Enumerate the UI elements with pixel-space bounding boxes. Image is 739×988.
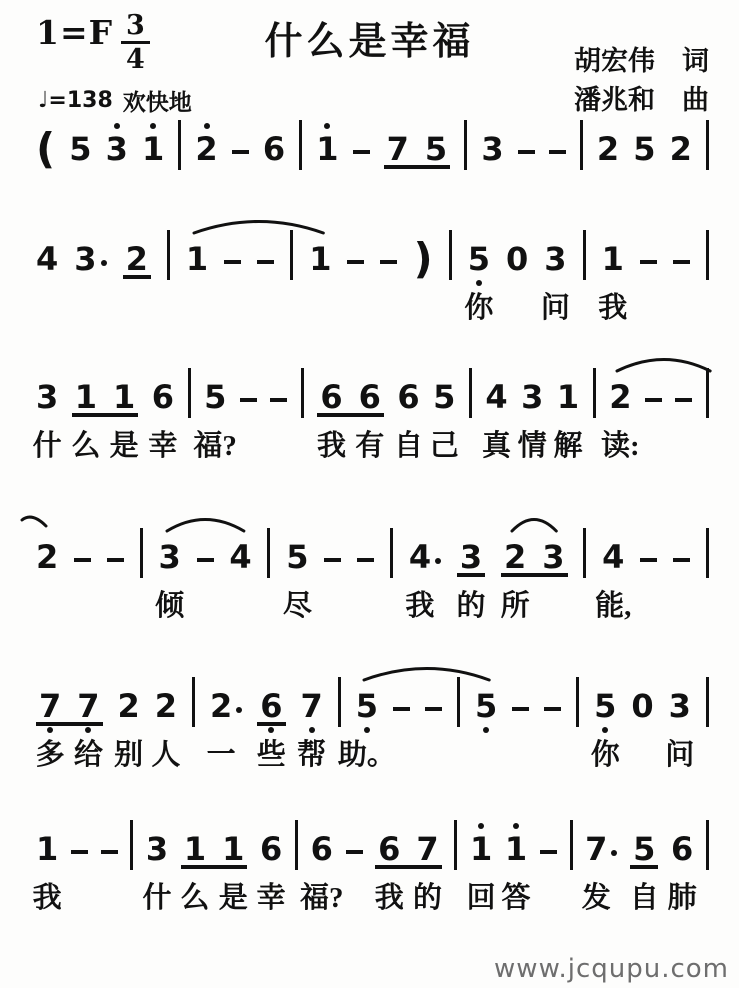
duration-dash (640, 260, 657, 264)
lyric-syllable: 帮 (297, 738, 326, 773)
note: 3 (159, 541, 181, 573)
note: 5 (69, 133, 91, 165)
duration-dash (544, 707, 561, 711)
duration-dash (549, 150, 566, 154)
notation-line: 43211)5031你问我 (36, 219, 709, 329)
duration-dash (324, 558, 341, 562)
note: 3 (146, 833, 168, 865)
barline (338, 677, 341, 727)
note: 4 (602, 541, 624, 573)
duration-dash (270, 398, 287, 402)
note: 1 (602, 243, 624, 275)
barline (192, 677, 195, 727)
lyric-syllable: 自 (630, 881, 659, 916)
octave-up-dot (513, 823, 519, 829)
barline (706, 230, 709, 280)
note: 3 (669, 690, 691, 722)
augmentation-dot (611, 850, 617, 856)
note: 7 (387, 133, 409, 165)
note: 1 (470, 833, 492, 865)
beam-group: 66 (317, 381, 384, 417)
note: 3 (544, 243, 566, 275)
note: 3 (521, 381, 543, 413)
lyrics-row: 我什么是幸福?我的回答发自肺 (36, 881, 709, 919)
octave-down-dot (483, 727, 489, 733)
beam-group: 3 (457, 541, 485, 577)
barline (580, 120, 583, 170)
notation-line: 1311666711756我什么是幸福?我的回答发自肺 (36, 809, 709, 919)
lyric-syllable: 问 (665, 738, 694, 773)
duration-dash (673, 558, 690, 562)
barline (454, 820, 457, 870)
note: 3 (106, 133, 128, 165)
note: 1 (75, 381, 97, 413)
lyricist-credit: 胡宏伟 词 (574, 42, 709, 81)
notes-row: (531261753252 (36, 109, 709, 165)
octave-up-dot (150, 123, 156, 129)
beam-group: 11 (72, 381, 139, 417)
lyric-syllable: 什 (143, 881, 172, 916)
duration-dash (518, 150, 535, 154)
barline (570, 820, 573, 870)
octave-up-dot (324, 123, 330, 129)
note: 5 (468, 243, 490, 275)
barline (583, 230, 586, 280)
barline (469, 368, 472, 418)
lyric-syllable: 倾 (155, 589, 184, 624)
note: 2 (504, 541, 526, 573)
parenthesis: ( (36, 128, 55, 170)
barline (178, 120, 181, 170)
lyric-syllable: 什 (33, 429, 62, 464)
beam-group: 5 (630, 833, 658, 869)
note: 5 (475, 690, 497, 722)
note: 2 (155, 690, 177, 722)
note: 7 (301, 690, 323, 722)
note: 6 (320, 381, 342, 413)
lyrics-row: 什么是幸福?我有自己真情解读: (36, 429, 709, 467)
barline (188, 368, 191, 418)
barline (706, 528, 709, 578)
lyric-syllable: 真 (482, 429, 511, 464)
lyric-syllable: 所 (501, 589, 530, 624)
note: 3 (481, 133, 503, 165)
lyrics-row: 你问我 (36, 291, 709, 329)
lyric-syllable: 幸 (257, 881, 286, 916)
note: 5 (433, 381, 455, 413)
notation-line: (531261753252 (36, 109, 709, 165)
note: 6 (311, 833, 333, 865)
note: 6 (671, 833, 693, 865)
lyric-syllable: 读: (601, 429, 640, 464)
lyric-syllable: 我 (375, 881, 404, 916)
note: 2 (609, 381, 631, 413)
note: 7 (416, 833, 438, 865)
note: 2 (195, 133, 217, 165)
lyric-syllable: 的 (413, 881, 442, 916)
notation-line: 234543234倾尽我的所能, (36, 517, 709, 627)
score-header: 1=F 3 4 什么是幸福 胡宏伟 词 潘兆和 曲 ♩=138欢快地 (0, 0, 739, 109)
duration-dash (224, 260, 241, 264)
score: (53126175325243211)5031你问我3116566654312什… (0, 109, 739, 919)
barline (593, 368, 596, 418)
note: 1 (113, 381, 135, 413)
octave-down-dot (309, 727, 315, 733)
lyric-syllable: 有 (355, 429, 384, 464)
note: 7 (77, 690, 99, 722)
lyric-syllable: 别 (114, 738, 143, 773)
duration-dash (347, 260, 364, 264)
barline (301, 368, 304, 418)
note: 0 (631, 690, 653, 722)
barline (583, 528, 586, 578)
lyric-syllable: 尽 (283, 589, 312, 624)
note: 6 (152, 381, 174, 413)
note: 5 (204, 381, 226, 413)
lyric-syllable: 助。 (338, 738, 396, 773)
octave-up-dot (478, 823, 484, 829)
note: 5 (286, 541, 308, 573)
lyric-syllable: 解 (554, 429, 583, 464)
duration-dash (675, 398, 692, 402)
beam-group: 11 (181, 833, 248, 869)
duration-dash (425, 707, 442, 711)
note: 4 (409, 541, 431, 573)
lyric-syllable: 自 (394, 429, 423, 464)
lyric-syllable: 答 (502, 881, 531, 916)
duration-dash (645, 398, 662, 402)
note: 4 (229, 541, 251, 573)
note: 1 (142, 133, 164, 165)
duration-dash (107, 558, 124, 562)
note: 1 (309, 243, 331, 275)
beam-group: 23 (501, 541, 568, 577)
lyric-syllable: 回 (467, 881, 496, 916)
barline (130, 820, 133, 870)
duration-dash (71, 850, 88, 854)
note: 3 (460, 541, 482, 573)
octave-down-dot (47, 727, 53, 733)
lyric-syllable: 情 (518, 429, 547, 464)
notes-row: 43211)5031 (36, 219, 709, 275)
duration-dash (101, 850, 118, 854)
note: 3 (36, 381, 58, 413)
watermark-url: www.jcqupu.com (494, 954, 729, 984)
lyric-syllable: 福? (193, 429, 237, 464)
lyric-syllable: 肺 (668, 881, 697, 916)
duration-dash (197, 558, 214, 562)
note: 1 (557, 381, 579, 413)
barline (706, 677, 709, 727)
lyric-syllable: 幸 (148, 429, 177, 464)
duration-dash (640, 558, 657, 562)
lyric-syllable: 么 (180, 881, 209, 916)
note: 6 (263, 133, 285, 165)
notes-row: 234543234 (36, 517, 709, 573)
lyric-syllable: 是 (110, 429, 139, 464)
note: 5 (633, 833, 655, 865)
note: 6 (260, 833, 282, 865)
note: 5 (633, 133, 655, 165)
lyrics-row: 多给别人一些帮助。你问 (36, 738, 709, 776)
barline (299, 120, 302, 170)
duration-dash (74, 558, 91, 562)
lyric-syllable: 我 (405, 589, 434, 624)
barline (457, 677, 460, 727)
note: 6 (359, 381, 381, 413)
barline (576, 677, 579, 727)
beam-group: 75 (384, 133, 451, 169)
beam-group: 77 (36, 690, 103, 726)
sheet-music-page: 1=F 3 4 什么是幸福 胡宏伟 词 潘兆和 曲 ♩=138欢快地 (5312… (0, 0, 739, 988)
octave-down-dot (268, 727, 274, 733)
note: 5 (425, 133, 447, 165)
note: 6 (378, 833, 400, 865)
note: 1 (222, 833, 244, 865)
note: 4 (36, 243, 58, 275)
octave-down-dot (364, 727, 370, 733)
augmentation-dot (101, 260, 107, 266)
lyrics-row: 倾尽我的所能, (36, 589, 709, 627)
duration-dash (232, 150, 249, 154)
augmentation-dot (236, 707, 242, 713)
augmentation-dot (435, 558, 441, 564)
note: 3 (74, 243, 96, 275)
beam-group: 2 (123, 243, 151, 279)
barline (267, 528, 270, 578)
note: 0 (506, 243, 528, 275)
note: 3 (542, 541, 564, 573)
lyric-syllable: 发 (582, 881, 611, 916)
lyric-syllable: 多 (36, 738, 65, 773)
octave-down-dot (476, 280, 482, 286)
beam-group: 67 (375, 833, 442, 869)
slur-tie (509, 514, 559, 534)
lyric-syllable: 是 (219, 881, 248, 916)
notes-row: 1311666711756 (36, 809, 709, 865)
note: 1 (316, 133, 338, 165)
lyric-syllable: 些 (257, 738, 286, 773)
note: 5 (356, 690, 378, 722)
barline (706, 820, 709, 870)
duration-dash (540, 850, 557, 854)
octave-down-dot (85, 727, 91, 733)
notation-line: 3116566654312什么是幸福?我有自己真情解读: (36, 357, 709, 467)
lyric-syllable: 一 (207, 738, 236, 773)
duration-dash (512, 707, 529, 711)
note: 2 (126, 243, 148, 275)
duration-dash (393, 707, 410, 711)
barline (295, 820, 298, 870)
note: 2 (670, 133, 692, 165)
note: 7 (585, 833, 607, 865)
duration-dash (257, 260, 274, 264)
barline (167, 230, 170, 280)
slur-tie (614, 354, 713, 374)
octave-down-dot (602, 727, 608, 733)
barline (290, 230, 293, 280)
barline (449, 230, 452, 280)
note: 5 (594, 690, 616, 722)
notes-row: 772226755503 (36, 666, 709, 722)
lyric-syllable: 你 (464, 291, 493, 326)
slur-tie (164, 514, 247, 534)
lyric-syllable: 福? (300, 881, 344, 916)
note: 2 (597, 133, 619, 165)
duration-dash (240, 398, 257, 402)
lyric-syllable: 己 (430, 429, 459, 464)
barline (140, 528, 143, 578)
slur-tie (361, 663, 492, 683)
duration-dash (380, 260, 397, 264)
parenthesis: ) (414, 238, 433, 280)
barline (706, 120, 709, 170)
lyric-syllable: 问 (541, 291, 570, 326)
lyric-syllable: 人 (151, 738, 180, 773)
note: 1 (184, 833, 206, 865)
octave-up-dot (114, 123, 120, 129)
lyric-syllable: 我 (33, 881, 62, 916)
note: 1 (36, 833, 58, 865)
duration-dash (353, 150, 370, 154)
lyric-syllable: 能, (595, 589, 631, 624)
lyric-syllable: 给 (74, 738, 103, 773)
lyric-syllable: 你 (591, 738, 620, 773)
notes-row: 3116566654312 (36, 357, 709, 413)
note: 6 (260, 690, 282, 722)
lyric-syllable: 我 (598, 291, 627, 326)
duration-dash (346, 850, 363, 854)
note: 2 (36, 541, 58, 573)
beam-group: 6 (257, 690, 285, 726)
slur-tie (19, 514, 49, 534)
slur-tie (191, 216, 326, 236)
note: 6 (397, 381, 419, 413)
note: 4 (485, 381, 507, 413)
barline (390, 528, 393, 578)
duration-dash (673, 260, 690, 264)
note: 7 (39, 690, 61, 722)
octave-up-dot (204, 123, 210, 129)
note: 2 (118, 690, 140, 722)
notation-line: 772226755503多给别人一些帮助。你问 (36, 666, 709, 776)
note: 2 (210, 690, 232, 722)
lyric-syllable: 么 (71, 429, 100, 464)
lyric-syllable: 的 (457, 589, 486, 624)
duration-dash (357, 558, 374, 562)
lyric-syllable: 我 (317, 429, 346, 464)
note: 1 (186, 243, 208, 275)
barline (464, 120, 467, 170)
barline (706, 368, 709, 418)
note: 1 (505, 833, 527, 865)
